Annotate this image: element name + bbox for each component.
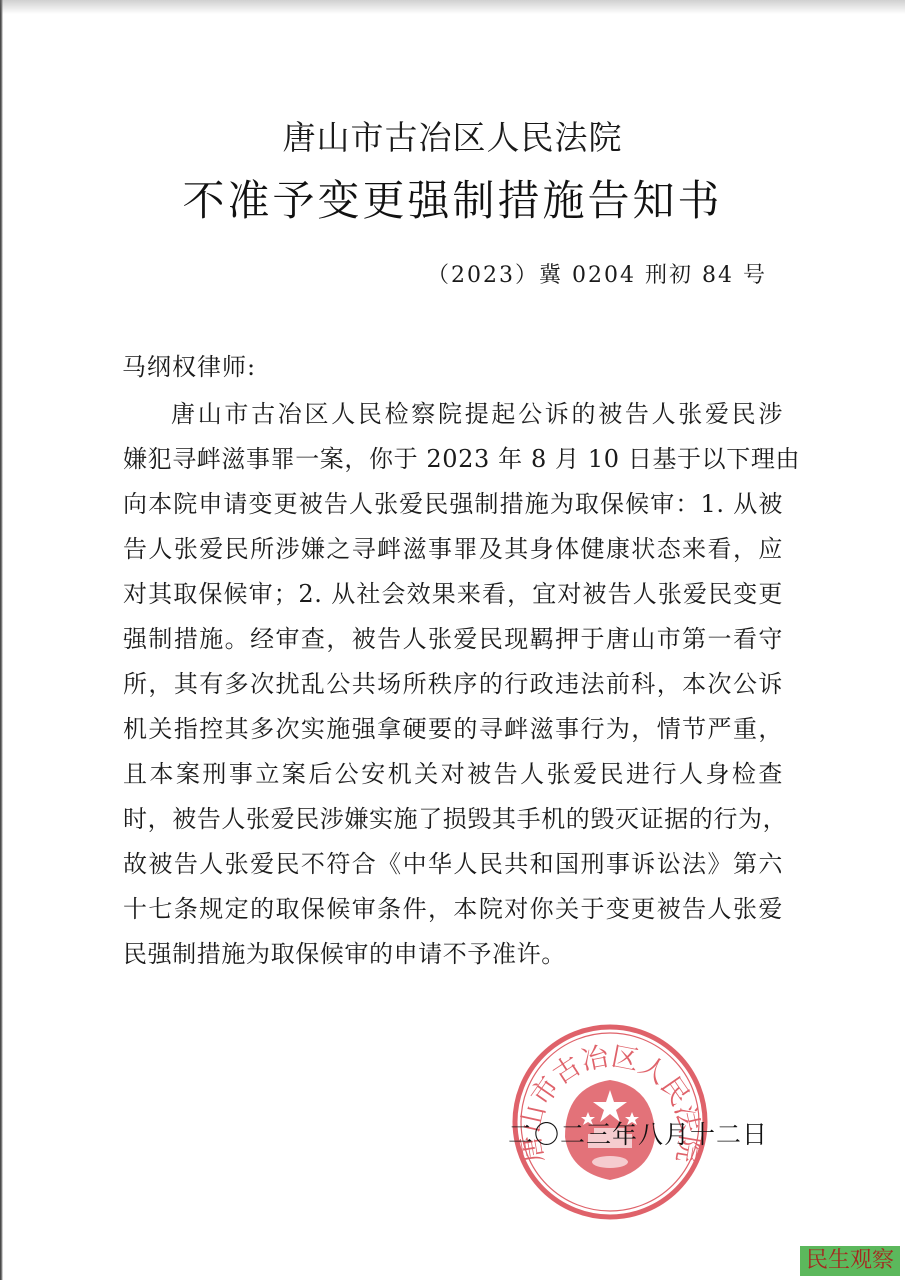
body-line: 十七条规定的取保候审条件，本院对你关于变更被告人张爱 — [123, 887, 783, 932]
body-line: 机关指控其多次实施强拿硬要的寻衅滋事行为，情节严重， — [123, 707, 783, 752]
scan-top-shadow — [0, 0, 905, 14]
court-name: 唐山市古冶区人民法院 — [0, 112, 905, 159]
body-line: 且本案刑事立案后公安机关对被告人张爱民进行人身检查 — [123, 752, 783, 797]
body-line: 所，其有多次扰乱公共场所秩序的行政违法前科，本次公诉 — [123, 662, 783, 707]
body-line: 对其取保候审；2. 从社会效果来看，宜对被告人张爱民变更 — [123, 572, 783, 617]
body-line: 唐山市古冶区人民检察院提起公诉的被告人张爱民涉 — [123, 392, 783, 437]
body-line: 民强制措施为取保候审的申请不予准许。 — [123, 932, 783, 977]
body-line: 时，被告人张爱民涉嫌实施了损毁其手机的毁灭证据的行为， — [123, 797, 783, 842]
body-line: 强制措施。经审查，被告人张爱民现羁押于唐山市第一看守 — [123, 617, 783, 662]
watermark-label: 民生观察 — [800, 1246, 900, 1276]
document-title: 不准予变更强制措施告知书 — [0, 168, 905, 228]
body-line: 告人张爱民所涉嫌之寻衅滋事罪及其身体健康状态来看，应 — [123, 527, 783, 572]
body-line: 向本院申请变更被告人张爱民强制措施为取保候审：1. 从被 — [123, 482, 783, 527]
recipient-salutation: 马纲权律师: — [122, 347, 256, 382]
notice-body: 唐山市古冶区人民检察院提起公诉的被告人张爱民涉 嫌犯寻衅滋事罪一案，你于 202… — [123, 392, 783, 977]
body-line: 嫌犯寻衅滋事罪一案，你于 2023 年 8 月 10 日基于以下理由 — [123, 437, 783, 482]
issue-date: 二〇二三年八月十二日 — [508, 1115, 768, 1151]
body-line: 故被告人张爱民不符合《中华人民共和国刑事诉讼法》第六 — [123, 842, 783, 887]
case-number: （2023）冀 0204 刑初 84 号 — [427, 258, 767, 289]
